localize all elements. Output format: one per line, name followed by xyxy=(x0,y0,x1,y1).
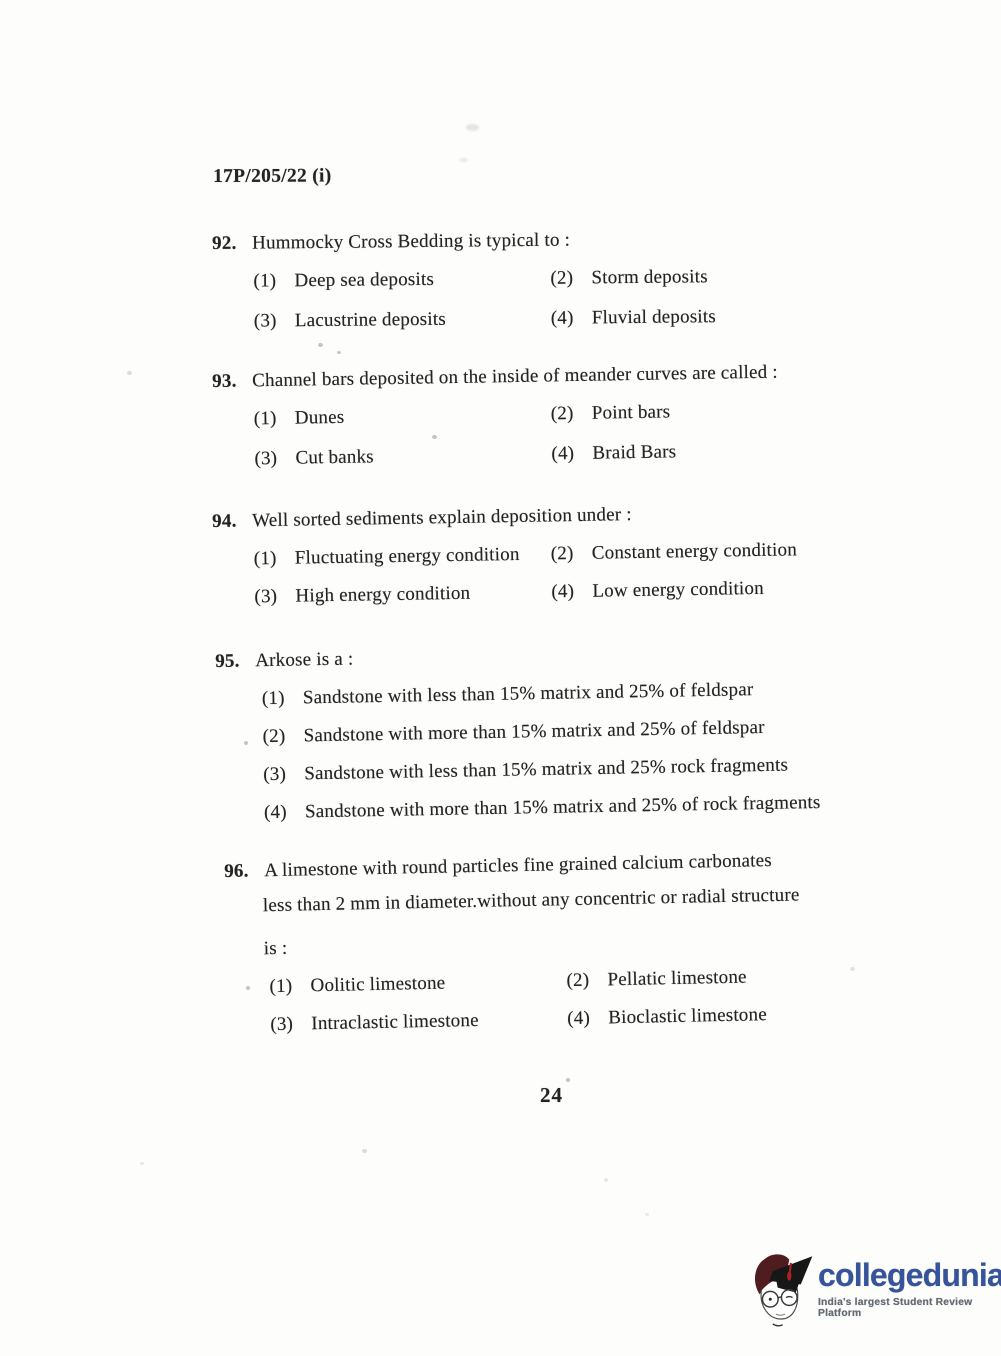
option-number: (1) xyxy=(254,406,295,433)
options-grid: (1) Oolitic limestone (2) Pellatic limes… xyxy=(269,961,947,1039)
option-label: Sandstone with more than 15% matrix and … xyxy=(305,790,821,825)
question-number: 94. xyxy=(212,508,252,535)
option-label: Deep sea deposits xyxy=(294,267,434,294)
option-number: (4) xyxy=(264,799,305,826)
option-label: Sandstone with more than 15% matrix and … xyxy=(303,715,764,749)
option: (3) High energy condition xyxy=(254,579,551,610)
question-number: 93. xyxy=(212,368,252,395)
option: (1) Deep sea deposits xyxy=(253,266,550,295)
option-number: (2) xyxy=(262,723,303,750)
option-label: Intraclastic limestone xyxy=(311,1008,479,1037)
option: (1) Sandstone with less than 15% matrix … xyxy=(262,674,936,712)
option-number: (3) xyxy=(254,308,295,334)
scan-speck xyxy=(127,371,132,375)
option: (1) Fluctuating energy condition xyxy=(254,541,551,572)
option-label: Sandstone with less than 15% matrix and … xyxy=(303,677,754,711)
question-text-line1: A limestone with round particles fine gr… xyxy=(264,848,772,884)
question-92: 92. Hummocky Cross Bedding is typical to… xyxy=(212,224,933,335)
scan-speck xyxy=(246,986,250,990)
scan-speck xyxy=(337,351,341,354)
collegedunia-logo: collegedunia .com India's largest Studen… xyxy=(748,1243,1001,1329)
option-number: (3) xyxy=(263,761,304,788)
option: (4) Bioclastic limestone xyxy=(567,999,947,1033)
question-text-line2: less than 2 mm in diameter.without any c… xyxy=(263,880,945,920)
option: (2) Constant energy condition xyxy=(551,535,933,567)
option: (2) Pellatic limestone xyxy=(566,961,946,995)
page-number: 24 xyxy=(540,1083,563,1108)
scan-speck xyxy=(459,158,468,162)
option-number: (2) xyxy=(551,401,592,428)
question-number: 95. xyxy=(215,648,255,675)
question-93: 93. Channel bars deposited on the inside… xyxy=(212,357,934,473)
question-text: Channel bars deposited on the inside of … xyxy=(252,360,778,395)
scan-speck xyxy=(318,343,323,347)
question-number: 96. xyxy=(224,858,265,885)
option: (1) Dunes xyxy=(254,401,551,432)
scan-speck xyxy=(850,967,855,971)
option-label: Constant energy condition xyxy=(592,537,798,566)
option-label: Fluvial deposits xyxy=(592,304,716,331)
option: (2) Sandstone with more than 15% matrix … xyxy=(262,712,936,750)
option-label: High energy condition xyxy=(295,581,470,610)
scan-speck xyxy=(566,1078,570,1082)
exam-paper-page: 17P/205/22 (i) 92. Hummocky Cross Beddin… xyxy=(0,0,1001,1356)
option-label: Lacustrine deposits xyxy=(295,307,446,334)
option: (4) Braid Bars xyxy=(551,435,933,467)
option-label: Dunes xyxy=(295,405,345,432)
option-label: Fluctuating energy condition xyxy=(295,542,520,572)
scan-speck xyxy=(140,1162,144,1165)
option: (2) Storm deposits xyxy=(550,262,932,292)
option-number: (1) xyxy=(269,973,311,1000)
option-number: (2) xyxy=(550,265,591,291)
option: (4) Sandstone with more than 15% matrix … xyxy=(264,788,938,826)
options-grid: (1) Deep sea deposits (2) Storm deposits… xyxy=(253,262,933,335)
option-label: Bioclastic limestone xyxy=(608,1002,767,1031)
option: (1) Oolitic limestone xyxy=(269,968,566,1000)
option-number: (4) xyxy=(551,579,592,606)
question-number: 92. xyxy=(212,231,252,257)
option: (3) Cut banks xyxy=(254,441,551,472)
scan-speck xyxy=(362,1149,367,1153)
student-mascot-icon xyxy=(748,1243,814,1329)
question-text: Hummocky Cross Bedding is typical to : xyxy=(252,228,570,257)
option: (3) Sandstone with less than 15% matrix … xyxy=(263,750,937,788)
option: (3) Intraclastic limestone xyxy=(270,1006,567,1038)
scan-speck xyxy=(432,435,437,439)
option-number: (2) xyxy=(566,967,608,994)
option-label: Storm deposits xyxy=(591,264,708,291)
question-text: Arkose is a : xyxy=(255,646,354,674)
question-text-line3: is : xyxy=(264,923,946,963)
scan-speck xyxy=(604,1178,608,1182)
option-number: (1) xyxy=(254,546,295,573)
option-number: (4) xyxy=(551,441,592,468)
option: (4) Fluvial deposits xyxy=(551,302,933,332)
option: (3) Lacustrine deposits xyxy=(254,306,551,335)
option-number: (3) xyxy=(254,584,295,611)
option-number: (3) xyxy=(254,446,295,473)
option-number: (4) xyxy=(551,305,592,331)
option: (2) Point bars xyxy=(551,395,933,427)
question-96: 96. A limestone with round particles fin… xyxy=(224,845,947,1039)
paper-code: 17P/205/22 (i) xyxy=(213,165,332,188)
option-label: Cut banks xyxy=(295,444,374,471)
scan-speck xyxy=(466,124,479,131)
option-label: Point bars xyxy=(592,399,671,426)
option-label: Oolitic limestone xyxy=(310,971,445,1000)
scan-speck xyxy=(645,1213,649,1216)
question-94: 94. Well sorted sediments explain deposi… xyxy=(212,497,934,611)
option: (4) Low energy condition xyxy=(551,573,933,605)
question-text: Well sorted sediments explain deposition… xyxy=(252,502,632,534)
option-label: Sandstone with less than 15% matrix and … xyxy=(304,753,788,788)
options-grid: (1) Fluctuating energy condition (2) Con… xyxy=(254,535,934,610)
logo-tagline: India's largest Student Review Platform xyxy=(818,1297,1001,1319)
logo-brand: collegedunia xyxy=(818,1259,1001,1291)
option-label: Braid Bars xyxy=(592,439,676,466)
scan-speck xyxy=(244,741,248,745)
option-number: (1) xyxy=(253,268,294,294)
option-number: (3) xyxy=(270,1011,312,1038)
option-label: Pellatic limestone xyxy=(607,965,747,994)
option-number: (4) xyxy=(567,1005,609,1032)
options-grid: (1) Dunes (2) Point bars (3) Cut banks (… xyxy=(254,395,934,472)
option-number: (2) xyxy=(551,541,592,568)
question-95: 95. Arkose is a : (1) Sandstone with les… xyxy=(215,636,938,839)
option-number: (1) xyxy=(262,685,303,712)
options-list: (1) Sandstone with less than 15% matrix … xyxy=(262,674,938,826)
option-label: Low energy condition xyxy=(592,576,764,605)
